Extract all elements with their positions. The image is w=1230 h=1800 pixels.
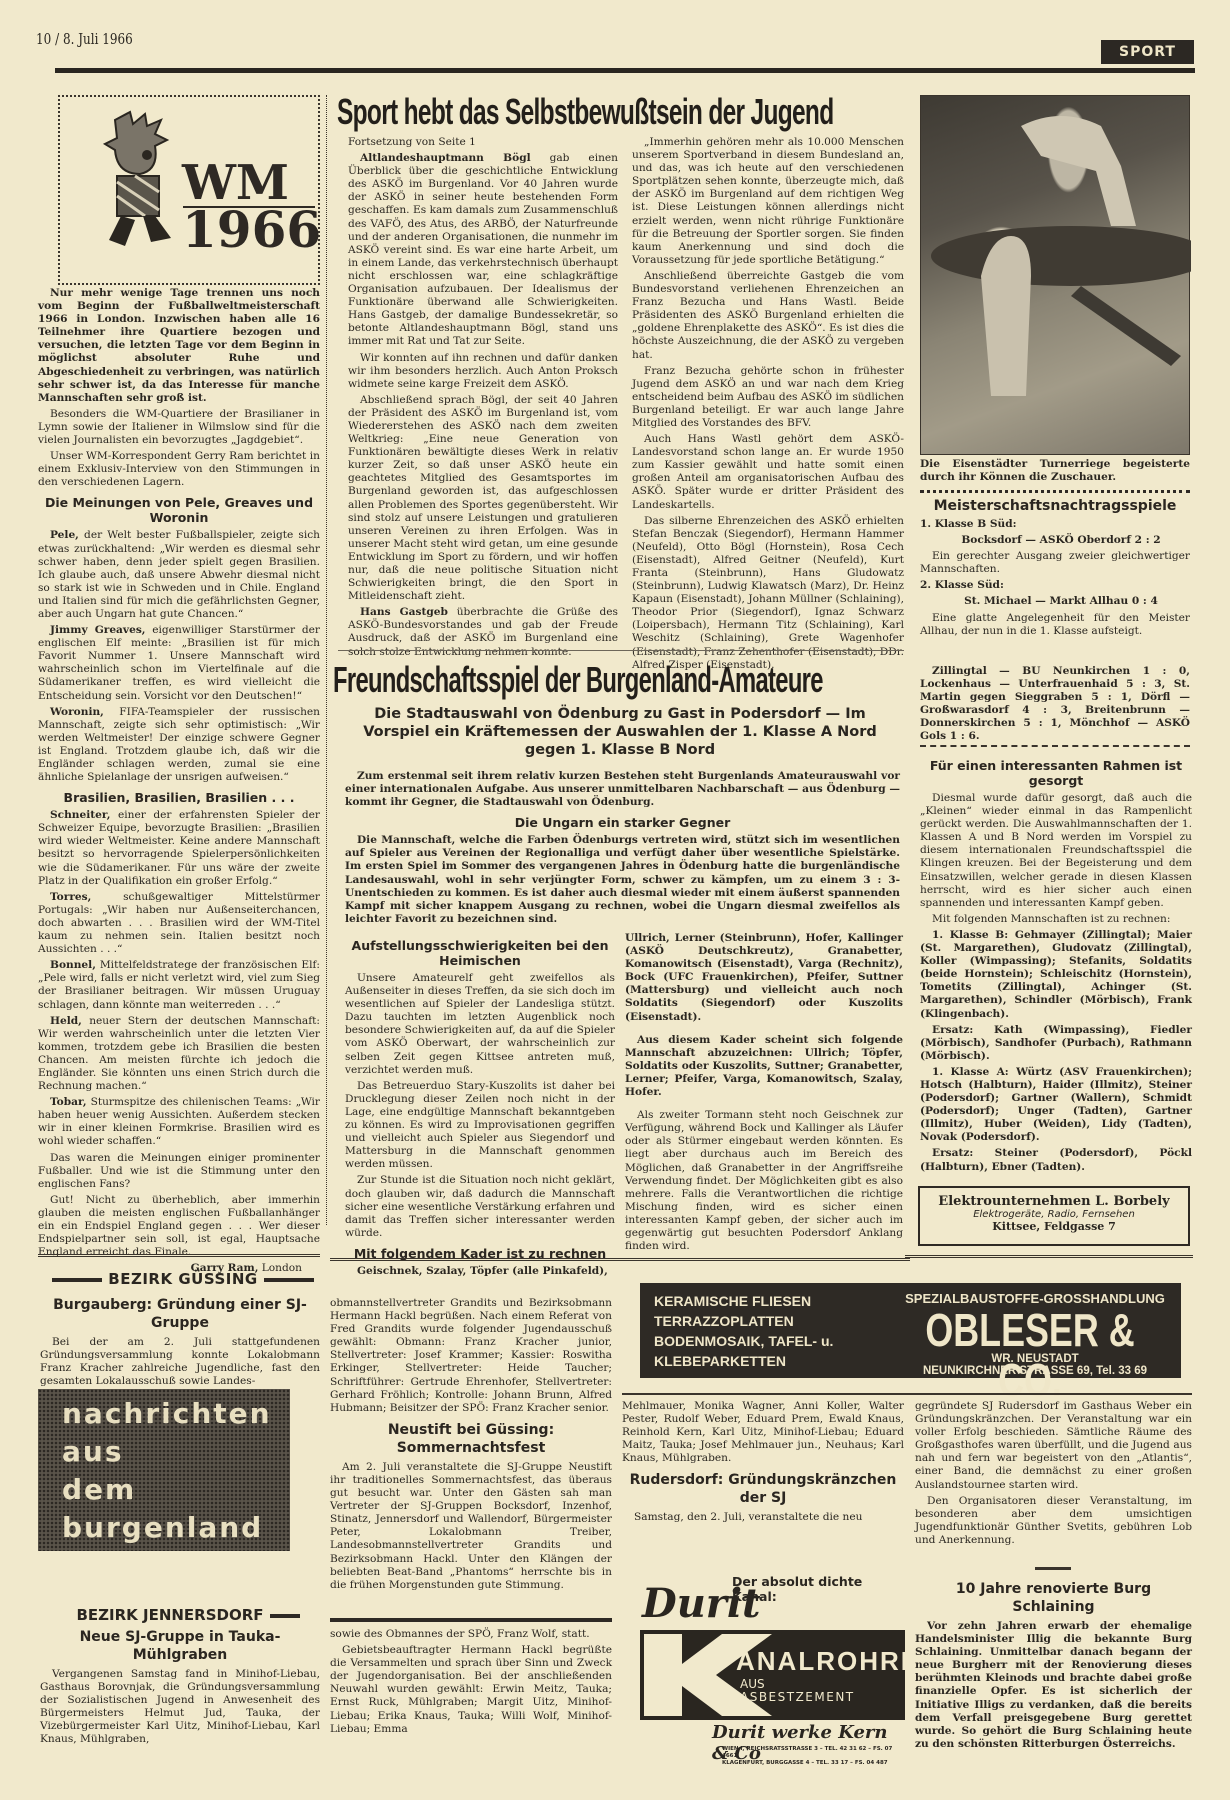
article-title: Rudersdorf: Gründungskränzchen der SJ <box>622 1471 904 1507</box>
wm-subheading: Die Meinungen von Pele, Greaves und Woro… <box>38 495 320 525</box>
freundschaft-subhead: Die Stadtauswahl von Ödenburg zu Gast in… <box>340 705 900 759</box>
freundschaft-headline: Freundschaftsspiel der Burgenland-Amateu… <box>333 660 823 700</box>
heading-rule-right <box>264 1278 314 1282</box>
double-rule <box>38 1254 320 1257</box>
match-result: Bocksdorf — ASKÖ Oberdorf 2 : 2 <box>920 534 1190 547</box>
section-rule <box>338 650 904 651</box>
header-rule <box>55 68 1195 73</box>
wm-paragraph: Besonders die WM-Quartiere der Brasilian… <box>38 408 320 447</box>
article-paragraph: Anschließend überreichte Gastgeb die vom… <box>632 270 904 362</box>
article-title: Neustift bei Güssing: Sommernachtsfest <box>330 1421 612 1457</box>
freundschaft-subheading: Aufstellungsschwierigkeiten bei den Heim… <box>345 938 615 968</box>
ad-product-list: KERAMISCHE FLIESEN TERRAZZOPLATTEN BODEN… <box>654 1291 833 1371</box>
page-number: 10 <box>36 30 51 48</box>
article-paragraph: Franz Bezucha gehörte schon in frühester… <box>632 365 904 430</box>
match-comment: Eine glatte Angelegenheit für den Meiste… <box>920 612 1190 638</box>
nachrichten-aus-dem-burgenland-banner: nachrichten aus dem burgenland <box>38 1389 290 1551</box>
short-rule <box>1035 1567 1071 1570</box>
results-text: Zillingtal — BU Neunkirchen 1 : 0, Locke… <box>920 665 1190 744</box>
ad-address: WIEN I, REICHSRATSSTRASSE 3 – TEL. 42 31… <box>722 1746 902 1767</box>
wm-quote-tobar: Tobar, Sturmspitze des chilenischen Team… <box>38 1096 320 1148</box>
photo-caption: Die Eisenstädter Turnerriege begeisterte… <box>920 458 1190 484</box>
continuation-note: Fortsetzung von Seite 1 <box>348 136 618 149</box>
borbely-ad: Elektrounternehmen L. Borbely Elektroger… <box>918 1186 1190 1246</box>
district-heading-guessing: BEZIRK GÜSSING <box>38 1270 328 1288</box>
gymnastics-photo <box>920 95 1190 455</box>
ad-address: WR. NEUSTADT NEUNKIRCHNER STRASSE 69, Te… <box>895 1353 1175 1377</box>
rudersdorf-col2: gegründete SJ Rudersdorf im Gasthaus Web… <box>915 1400 1192 1550</box>
heading-rule-left <box>52 1278 102 1282</box>
class-label: 2. Klasse Süd: <box>920 579 1190 592</box>
article-paragraph: „Immerhin gehören mehr als 10.000 Mensch… <box>632 136 904 267</box>
wm-subheading: Brasilien, Brasilien, Brasilien . . . <box>38 790 320 805</box>
freundschaft-lead: Zum erstenmal seit ihrem relativ kurzen … <box>345 770 900 929</box>
article-title: Neue SJ-Gruppe in Tauka-Mühlgraben <box>40 1628 320 1664</box>
main-headline: Sport hebt das Selbstbewußtsein der Juge… <box>337 92 833 132</box>
class-label: 1. Klasse B Süd: <box>920 518 1190 531</box>
wm-quote-schneiter: Schneiter, einer der erfahrensten Spiele… <box>38 809 320 888</box>
schlaining-article: 10 Jahre renovierte Burg Schlaining Vor … <box>915 1574 1192 1754</box>
results-list: Zillingtal — BU Neunkirchen 1 : 0, Locke… <box>920 665 1190 747</box>
section-tag: SPORT <box>1101 40 1194 64</box>
meisterschaft-section: Meisterschaftsnachtragsspiele 1. Klasse … <box>920 497 1190 641</box>
wm-logo-year: 1966 <box>182 205 321 255</box>
ad-product-block: ANALROHRE AUS ASBESTZEMENT <box>640 1630 905 1720</box>
issue-date: 8. Juli 1966 <box>63 30 133 48</box>
main-article-col1: Fortsetzung von Seite 1 Altlandeshauptma… <box>348 136 618 662</box>
ad-company-name: Elektrounternehmen L. Borbely <box>920 1194 1188 1209</box>
double-rule <box>330 1258 910 1261</box>
ad-brand-logo: Durit <box>642 1580 761 1627</box>
wm-quote-torres: Torres, schußgewaltiger Mittelstürmer Po… <box>38 891 320 956</box>
article-paragraph: Auch Hans Wastl gehört dem ASKÖ-Landesvo… <box>632 433 904 512</box>
wm-quote-held: Held, neuer Stern der deutschen Mannscha… <box>38 1015 320 1094</box>
wm-paragraph: Unser WM-Korrespondent Gerry Ram bericht… <box>38 450 320 489</box>
world-cup-willie-mascot-icon <box>95 110 185 260</box>
wavy-separator <box>920 744 1190 747</box>
meisterschaft-title: Meisterschaftsnachtragsspiele <box>920 499 1190 514</box>
jennersdorf-col1: Neue SJ-Gruppe in Tauka-Mühlgraben Verga… <box>40 1622 320 1750</box>
freundschaft-col1: Aufstellungsschwierigkeiten bei den Heim… <box>345 932 615 1281</box>
wm-quote-greaves: Jimmy Greaves, eigenwilliger Starstürmer… <box>38 624 320 703</box>
wm-quote-pele: Pele, der Welt bester Fußballspieler, ze… <box>38 529 320 621</box>
ad-services: Elektrogeräte, Radio, Fernsehen <box>920 1209 1188 1220</box>
freundschaft-subheading: Die Ungarn ein starker Gegner <box>345 815 900 830</box>
article-title: 10 Jahre renovierte Burg Schlaining <box>915 1580 1192 1616</box>
match-result: St. Michael — Markt Allhau 0 : 4 <box>920 595 1190 608</box>
section-rule <box>330 1618 612 1622</box>
article-paragraph: Das silberne Ehrenzeichen des ASKÖ erhie… <box>632 515 904 672</box>
wm-intro: Nur mehr wenige Tage trennen uns noch vo… <box>38 287 320 405</box>
wm-quote-bonnel: Bonnel, Mittelfeldstratege der französis… <box>38 959 320 1011</box>
obleser-ad: KERAMISCHE FLIESEN TERRAZZOPLATTEN BODEN… <box>640 1283 1181 1378</box>
freundschaft-subheading: Für einen interessanten Rahmen ist gesor… <box>920 758 1192 788</box>
article-paragraph: Wir konnten auf ihn rechnen und dafür da… <box>348 352 618 391</box>
photo-figure-icon <box>921 96 1191 456</box>
wm-quote-woronin: Woronin, FIFA-Teamspieler der russischen… <box>38 706 320 785</box>
freundschaft-col2: Ullrich, Lerner (Steinbrunn), Hofer, Kal… <box>625 932 903 1256</box>
wm-article: Nur mehr wenige Tage trennen uns noch vo… <box>38 287 320 1274</box>
column-divider <box>326 95 327 1225</box>
article-paragraph: Abschließend sprach Bögl, der seit 40 Ja… <box>348 394 618 604</box>
double-rule <box>905 1255 1193 1258</box>
section-rule <box>622 1393 1192 1395</box>
freundschaft-col3: Für einen interessanten Rahmen ist gesor… <box>920 752 1192 1177</box>
match-comment: Ein gerechter Ausgang zweier gleichwerti… <box>920 550 1190 576</box>
dotted-separator <box>920 490 1190 493</box>
article-title: Burgauberg: Gründung einer SJ-Gruppe <box>40 1296 320 1332</box>
separator: / <box>55 30 59 48</box>
heading-rule-right <box>270 1614 300 1618</box>
ad-address: Kittsee, Feldgasse 7 <box>920 1220 1188 1233</box>
durit-ad: Der absolut dichte Kanal: Durit ANALROHR… <box>622 1572 902 1762</box>
jennersdorf-col3: Mehlmauer, Monika Wagner, Anni Koller, W… <box>622 1400 904 1528</box>
wm-paragraph: Gut! Nicht zu überheblich, aber immerhin… <box>38 1194 320 1259</box>
main-article-col2: „Immerhin gehören mehr als 10.000 Mensch… <box>632 136 904 675</box>
guessing-col2: obmannstellvertreter Grandits und Bezirk… <box>330 1297 612 1595</box>
jennersdorf-col2: sowie des Obmannes der SPÖ, Franz Wolf, … <box>330 1628 612 1739</box>
page-header-date: 10 / 8. Juli 1966 <box>36 30 133 48</box>
wm-paragraph: Das waren die Meinungen einiger prominen… <box>38 1152 320 1191</box>
guessing-col1: Burgauberg: Gründung einer SJ-Gruppe Bei… <box>40 1290 320 1391</box>
